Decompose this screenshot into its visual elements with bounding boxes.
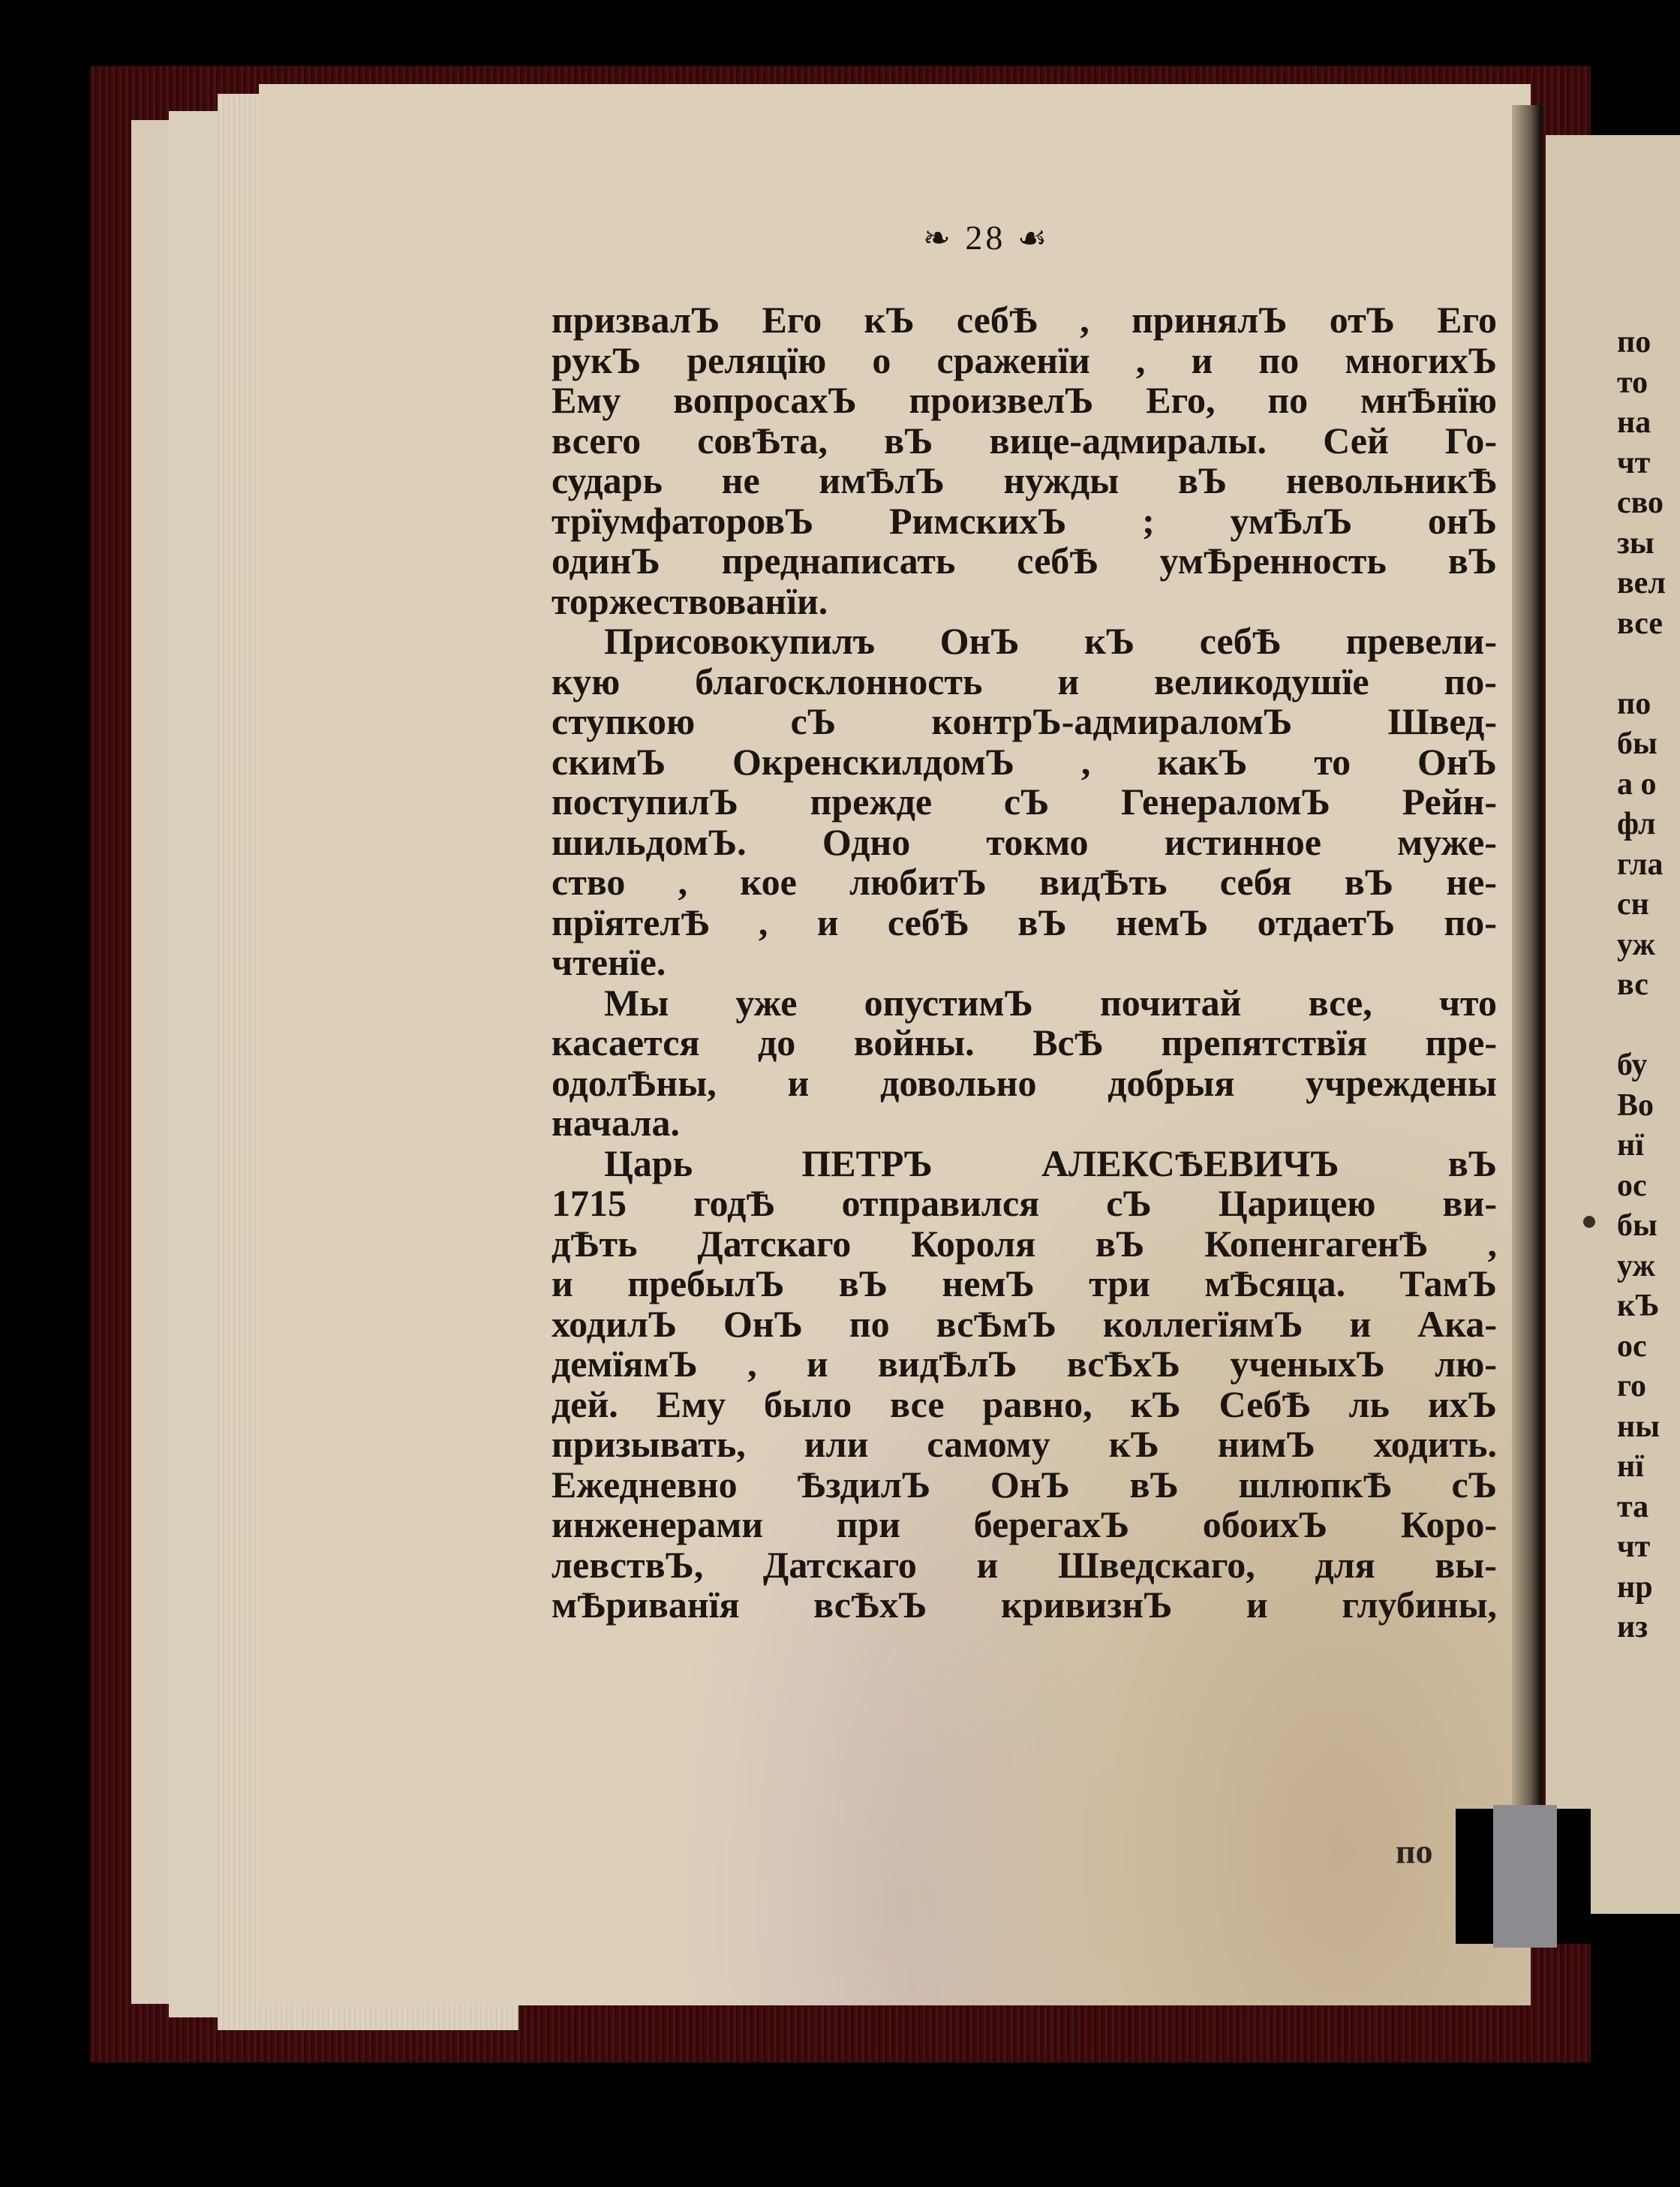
word: рукЪ xyxy=(551,341,641,381)
word: сраженїи xyxy=(937,341,1090,381)
word: все, xyxy=(1309,983,1372,1024)
left-page-text: призвалЪЕгокЪсебѢ,принялЪотЪЕгорукЪреляц… xyxy=(551,300,1497,1626)
text-line: ЕмувопросахЪпроизвелЪЕго,помнѢнїю xyxy=(551,381,1497,421)
word: обоихЪ xyxy=(1203,1505,1327,1545)
text-fragment: фл xyxy=(1617,805,1666,845)
word: вопросахЪ xyxy=(673,381,856,421)
text-line: касаетсядовойны.ВсѢпрепятствїяпре- xyxy=(551,1023,1497,1063)
text-fragment: нр xyxy=(1617,1568,1666,1608)
word: Мы xyxy=(604,983,669,1024)
word: сударь xyxy=(551,461,663,501)
text-line: демїямЪ,ивидѢлЪвсѢхЪученыхЪлю- xyxy=(551,1344,1497,1385)
word: Шведскаго, xyxy=(1058,1545,1255,1586)
word: великодушїе xyxy=(1154,662,1369,702)
text-fragment: зы xyxy=(1617,524,1666,564)
word: вЪ xyxy=(1095,1224,1144,1265)
text-line: дей.Емубыловсеравно,кЪСебѢльихЪ xyxy=(551,1385,1497,1425)
text-fragment: го xyxy=(1617,1367,1666,1407)
word: было xyxy=(764,1385,852,1425)
word: себѢ xyxy=(888,903,969,943)
text-fragment: бы xyxy=(1617,724,1666,765)
word: то xyxy=(1314,742,1351,783)
word: ВсѢ xyxy=(1032,1023,1103,1063)
word: вЪ xyxy=(839,1264,888,1304)
text-fragment: чт xyxy=(1617,1527,1666,1568)
word: превели- xyxy=(1345,621,1497,662)
word: вЪ xyxy=(1345,862,1393,903)
text-line: трїумфаторовЪРимскихЪ;умѢлЪонЪ xyxy=(551,501,1497,542)
word: имѢлЪ xyxy=(819,461,944,501)
word: три xyxy=(1089,1264,1150,1304)
word: всѢхЪ xyxy=(813,1585,927,1626)
word: скимЪ xyxy=(551,742,666,783)
word: демїямЪ xyxy=(551,1344,698,1385)
word: мнѢнїю xyxy=(1360,381,1497,421)
word: Ему xyxy=(551,381,621,421)
text-line: инженерамиприберегахЪобоихЪКоро- xyxy=(551,1505,1497,1545)
word: Царь xyxy=(604,1144,693,1184)
word: благосклонность xyxy=(695,662,982,702)
catchword: по xyxy=(1396,1831,1433,1871)
word: невольникѢ xyxy=(1286,461,1497,501)
book-gutter xyxy=(1512,105,1542,1906)
word: кЪ xyxy=(864,300,915,341)
word: нимЪ xyxy=(1218,1424,1315,1465)
word: вЪ xyxy=(1130,1465,1179,1506)
word: Рейн- xyxy=(1402,782,1497,823)
word: ѢздилЪ xyxy=(797,1465,930,1506)
word: ; xyxy=(1142,501,1155,542)
right-page-text-fragments: потоначтсвозывелвсепобыа офлгласнужвсбуВ… xyxy=(1617,323,1666,1648)
word: Ака- xyxy=(1417,1304,1497,1345)
word: АЛЕКСѢЕВИЧЪ xyxy=(1041,1144,1339,1184)
word: кривизнЪ xyxy=(1001,1585,1172,1626)
word: сЪ xyxy=(1004,782,1049,823)
word: коллегїямЪ xyxy=(1103,1304,1303,1345)
word: ОнЪ xyxy=(1417,742,1497,783)
text-fragment: та xyxy=(1617,1488,1666,1528)
text-fragment: сн xyxy=(1617,885,1666,925)
word: шлюпкѢ xyxy=(1239,1465,1392,1506)
word: левствЪ, xyxy=(551,1545,703,1586)
text-line: одолѢны,идовольнодобрыяучреждены xyxy=(551,1063,1497,1104)
word: годѢ xyxy=(693,1184,775,1224)
text-fragment: сво xyxy=(1617,483,1666,524)
text-fragment: по xyxy=(1617,684,1666,725)
word: РимскихЪ xyxy=(889,501,1066,542)
word: поступилЪ xyxy=(551,782,738,823)
word: самому xyxy=(927,1424,1050,1465)
text-fragment: вел xyxy=(1617,564,1666,604)
word: ль xyxy=(1348,1385,1390,1425)
word: принялЪ xyxy=(1132,300,1288,341)
text-fragment: нї xyxy=(1617,1126,1666,1166)
word: любитЪ xyxy=(849,862,987,903)
word: и xyxy=(976,1545,998,1586)
word: ство xyxy=(551,862,625,903)
word: кую xyxy=(551,662,620,702)
word: ходилЪ xyxy=(551,1304,677,1345)
word: мѢсяца. xyxy=(1204,1264,1345,1304)
word: истинное xyxy=(1165,823,1321,863)
word: ступкою xyxy=(551,702,695,742)
word: касается xyxy=(551,1023,699,1063)
word: начала. xyxy=(551,1103,680,1144)
text-fragment: Во xyxy=(1617,1086,1666,1127)
word: себѢ xyxy=(1200,621,1281,662)
word: преднаписать xyxy=(722,541,956,582)
word: не- xyxy=(1446,862,1497,903)
text-line: одинЪпреднаписатьсебѢумѢренностьвЪ xyxy=(551,541,1497,582)
word: , xyxy=(1081,742,1091,783)
word: вЪ xyxy=(1448,1144,1497,1184)
page-number: 28 xyxy=(965,218,1005,257)
word: трїумфаторовЪ xyxy=(551,501,813,542)
text-line: призвалЪЕгокЪсебѢ,принялЪотЪЕго xyxy=(551,300,1497,341)
text-line: дѢтьДатскагоКоролявЪКопенгагенѢ, xyxy=(551,1224,1497,1265)
text-line: 1715годѢотправилсясЪЦарицеюви- xyxy=(551,1184,1497,1224)
text-line: ЕжедневноѢздилЪОнЪвЪшлюпкѢсЪ xyxy=(551,1465,1497,1506)
word: совѢта, xyxy=(697,421,828,462)
text-fragment: нї xyxy=(1617,1447,1666,1488)
word: контрЪ-адмираломЪ xyxy=(932,702,1293,742)
word: Присовокупилъ xyxy=(604,621,875,662)
word: дѢть xyxy=(551,1224,637,1265)
word: многихЪ xyxy=(1345,341,1497,381)
word: добрыя xyxy=(1107,1063,1234,1104)
word: произвелЪ xyxy=(909,381,1093,421)
word: одинЪ xyxy=(551,541,660,582)
word: вы- xyxy=(1435,1545,1497,1586)
word: сЪ xyxy=(791,702,836,742)
word: кЪ xyxy=(1109,1424,1159,1465)
text-fragment: бы xyxy=(1617,1206,1666,1247)
text-fragment: уж xyxy=(1617,1247,1666,1287)
word: Короля xyxy=(911,1224,1035,1265)
word: по- xyxy=(1444,662,1497,702)
text-line: прїятелѢ,исебѢвЪнемЪотдаетЪпо- xyxy=(551,903,1497,943)
word: видѢть xyxy=(1039,862,1167,903)
word: Его xyxy=(1437,300,1497,341)
word: чтенїе. xyxy=(551,943,666,983)
word: кЪ xyxy=(1131,1385,1181,1425)
word: Датскаго xyxy=(697,1224,851,1265)
word: и xyxy=(551,1264,573,1304)
word: Его xyxy=(762,300,822,341)
word: себя xyxy=(1220,862,1292,903)
word: довольно xyxy=(880,1063,1036,1104)
word: СебѢ xyxy=(1219,1385,1310,1425)
word: прежде xyxy=(810,782,933,823)
text-fragment: вс xyxy=(1617,965,1666,1006)
word: Одно xyxy=(822,823,910,863)
word: почитай xyxy=(1100,983,1242,1024)
word: 1715 xyxy=(551,1184,627,1224)
ornament-left-icon: ❧ xyxy=(923,220,954,257)
word: до xyxy=(758,1023,795,1063)
word: или xyxy=(804,1424,869,1465)
text-line: поступилЪпреждесЪГенераломЪРейн- xyxy=(551,782,1497,823)
word: , xyxy=(747,1344,757,1385)
word: ГенераломЪ xyxy=(1121,782,1330,823)
word: всѢмЪ xyxy=(936,1304,1056,1345)
word: немЪ xyxy=(1116,903,1208,943)
word: Его, xyxy=(1146,381,1215,421)
text-fragment: из xyxy=(1617,1608,1666,1648)
word: вЪ xyxy=(884,421,933,462)
word: при xyxy=(837,1505,900,1545)
word: себѢ xyxy=(1017,541,1098,582)
word: учреждены xyxy=(1306,1063,1497,1104)
word: прїятелѢ xyxy=(551,903,710,943)
word: , xyxy=(1136,341,1146,381)
text-fragment xyxy=(1617,644,1666,684)
word: инженерами xyxy=(551,1505,763,1545)
word: по xyxy=(1267,381,1308,421)
word: Датскаго xyxy=(763,1545,917,1586)
word: ихЪ xyxy=(1428,1385,1497,1425)
word: Коро- xyxy=(1401,1505,1497,1545)
word: и xyxy=(1349,1304,1371,1345)
word: какЪ xyxy=(1157,742,1247,783)
word: реляцїю xyxy=(687,341,826,381)
word: умѢлЪ xyxy=(1230,501,1352,542)
word: Царицею xyxy=(1219,1184,1376,1224)
text-line: ЦарьПЕТРЪАЛЕКСѢЕВИЧЪвЪ xyxy=(551,1144,1497,1184)
word: отдаетЪ xyxy=(1258,903,1396,943)
text-fragment: бу xyxy=(1617,1045,1666,1086)
page-header: ❧ 28 ☙ xyxy=(923,218,1050,257)
word: муже- xyxy=(1397,823,1497,863)
text-line: МыужеопустимЪпочитайвсе,что xyxy=(551,983,1497,1024)
text-line: мѢриванїявсѢхЪкривизнЪиглубины, xyxy=(551,1585,1497,1626)
word: Ежедневно xyxy=(551,1465,738,1506)
text-line: ступкоюсЪконтрЪ-адмираломЪШвед- xyxy=(551,702,1497,742)
word: ученыхЪ xyxy=(1230,1344,1385,1385)
text-line: ПрисовокупилъОнЪкЪсебѢпревели- xyxy=(551,621,1497,662)
word: глубины, xyxy=(1342,1585,1497,1626)
word: всего xyxy=(551,421,641,462)
word: , xyxy=(1080,300,1089,341)
word: видѢлЪ xyxy=(878,1344,1017,1385)
word: по- xyxy=(1444,903,1496,943)
text-line: ходилЪОнЪповсѢмЪколлегїямЪиАка- xyxy=(551,1304,1497,1345)
word: уже xyxy=(735,983,797,1024)
word: сЪ xyxy=(1452,1465,1497,1506)
text-fragment: а о xyxy=(1617,765,1666,805)
word: онЪ xyxy=(1428,501,1497,542)
text-line: начала. xyxy=(551,1103,1497,1144)
word: , xyxy=(678,862,688,903)
word: войны. xyxy=(854,1023,975,1063)
torn-corner-gap xyxy=(1493,1805,1557,1948)
text-fragment: по xyxy=(1617,323,1666,363)
word: по xyxy=(1258,341,1299,381)
word: и xyxy=(1246,1585,1268,1626)
word: шильдомЪ. xyxy=(551,823,747,863)
word: Швед- xyxy=(1388,702,1497,742)
text-fragment: кЪ xyxy=(1617,1286,1666,1327)
word: отправился xyxy=(842,1184,1040,1224)
word: , xyxy=(759,903,768,943)
text-line: сударьнеимѢлЪнуждывЪневольникѢ xyxy=(551,461,1497,501)
ornament-right-icon: ☙ xyxy=(1017,220,1050,257)
word: вЪ xyxy=(1178,461,1227,501)
text-fragment: ос xyxy=(1617,1327,1666,1367)
word: немЪ xyxy=(942,1264,1034,1304)
word: умѢренность xyxy=(1159,541,1386,582)
text-fragment: уж xyxy=(1617,925,1666,966)
word: ви- xyxy=(1443,1184,1497,1224)
word: вЪ xyxy=(1448,541,1497,582)
text-line: куюблагосклонностьивеликодушїепо- xyxy=(551,662,1497,702)
text-fragment: все xyxy=(1617,604,1666,645)
text-fragment: гла xyxy=(1617,845,1666,886)
word: равно, xyxy=(982,1385,1092,1425)
text-fragment: ны xyxy=(1617,1407,1666,1448)
word: вице-адмиралы. xyxy=(989,421,1266,462)
word: для xyxy=(1315,1545,1375,1586)
text-fragment xyxy=(1617,1006,1666,1046)
text-line: рукЪреляцїюосраженїи,ипомногихЪ xyxy=(551,341,1497,381)
text-line: ипребылЪвЪнемЪтримѢсяца.ТамЪ xyxy=(551,1264,1497,1304)
text-line: призывать,илисамомукЪнимЪходить. xyxy=(551,1424,1497,1465)
text-line: ство,коелюбитЪвидѢтьсебявЪне- xyxy=(551,862,1497,903)
word: опустимЪ xyxy=(864,983,1033,1024)
text-line: левствЪ,ДатскагоиШведскаго,длявы- xyxy=(551,1545,1497,1586)
word: лю- xyxy=(1435,1344,1497,1385)
word: берегахЪ xyxy=(974,1505,1130,1545)
word: КопенгагенѢ xyxy=(1204,1224,1428,1265)
word: сЪ xyxy=(1106,1184,1151,1224)
word: пре- xyxy=(1426,1023,1497,1063)
text-line: скимЪОкренскилдомЪ,какЪтоОнЪ xyxy=(551,742,1497,783)
word: и xyxy=(788,1063,810,1104)
word: ОнЪ xyxy=(990,1465,1070,1506)
word: и xyxy=(817,903,839,943)
text-fragment: то xyxy=(1617,363,1666,404)
word: не xyxy=(722,461,760,501)
word: ПЕТРЪ xyxy=(801,1144,932,1184)
word: нужды xyxy=(1003,461,1119,501)
word: Сей xyxy=(1323,421,1389,462)
word: все xyxy=(890,1385,945,1425)
word: , xyxy=(1487,1224,1497,1265)
word: призвалЪ xyxy=(551,300,720,341)
word: Го- xyxy=(1445,421,1497,462)
word: вЪ xyxy=(1017,903,1066,943)
word: кЪ xyxy=(1084,621,1135,662)
word: дей. xyxy=(551,1385,618,1425)
word: ОнЪ xyxy=(940,621,1020,662)
ink-spot xyxy=(1583,1216,1595,1228)
word: одолѢны, xyxy=(551,1063,717,1104)
word: призывать, xyxy=(551,1424,746,1465)
word: о xyxy=(872,341,891,381)
word: Ему xyxy=(657,1385,726,1425)
word: отЪ xyxy=(1330,300,1395,341)
text-line: шильдомЪ.Однотокмоистинноемуже- xyxy=(551,823,1497,863)
word: ходить. xyxy=(1374,1424,1497,1465)
text-line: чтенїе. xyxy=(551,943,1497,983)
text-fragment: чт xyxy=(1617,444,1666,484)
text-line: торжествованїи. xyxy=(551,582,1497,622)
text-line: всегосовѢта,вЪвице-адмиралы.СейГо- xyxy=(551,421,1497,462)
word: себѢ xyxy=(957,300,1038,341)
word: и xyxy=(1192,341,1213,381)
word: токмо xyxy=(986,823,1088,863)
word: мѢриванїя xyxy=(551,1585,740,1626)
word: пребылЪ xyxy=(627,1264,784,1304)
word: препятствїя xyxy=(1161,1023,1367,1063)
word: кое xyxy=(740,862,796,903)
word: всѢхЪ xyxy=(1067,1344,1180,1385)
word: и xyxy=(1057,662,1079,702)
word: ОнЪ xyxy=(723,1304,803,1345)
word: ОкренскилдомЪ xyxy=(732,742,1014,783)
word: и xyxy=(807,1344,828,1385)
word: по xyxy=(849,1304,890,1345)
word: что xyxy=(1439,983,1497,1024)
text-fragment: ос xyxy=(1617,1166,1666,1207)
word: торжествованїи. xyxy=(551,582,828,622)
text-fragment: на xyxy=(1617,403,1666,444)
word: ТамЪ xyxy=(1400,1264,1497,1304)
